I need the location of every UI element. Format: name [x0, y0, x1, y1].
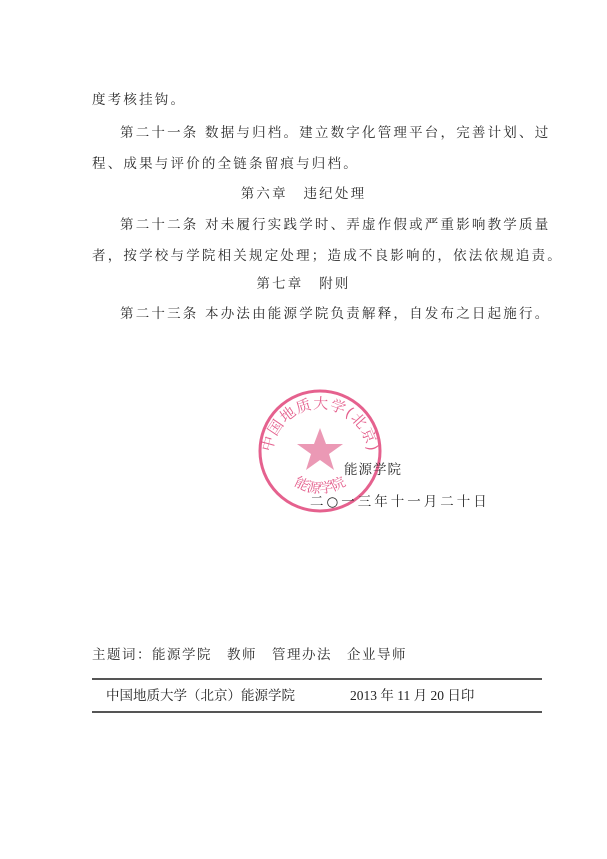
issue-date: 二○一三年十一月二十日 — [310, 490, 490, 510]
keywords: 主题词：能源学院 教师 管理办法 企业导师 — [92, 643, 407, 663]
article-22-line-2: 者，按学校与学院相关规定处理；造成不良影响的，依法依规追责。 — [92, 244, 563, 264]
article-21-line-1: 第二十一条 数据与归档。建立数字化管理平台，完善计划、过 — [120, 121, 550, 141]
article-22-line-1: 第二十二条 对未履行实践学时、弄虚作假或严重影响教学质量 — [120, 213, 550, 233]
footer-print-date: 2013 年 11 月 20 日印 — [350, 684, 474, 704]
issuer-name: 能源学院 — [344, 458, 402, 478]
footer-org: 中国地质大学（北京）能源学院 — [106, 684, 295, 704]
paragraph-continuation: 度考核挂钩。 — [92, 88, 186, 108]
article-23: 第二十三条 本办法由能源学院负责解释，自发布之日起施行。 — [120, 302, 550, 322]
chapter-7-heading: 第七章 附则 — [0, 272, 607, 292]
footer-bottom-rule — [92, 711, 542, 713]
footer-top-rule — [92, 678, 542, 680]
chapter-6-heading: 第六章 违纪处理 — [0, 182, 607, 202]
article-21-line-2: 程、成果与评价的全链条留痕与归档。 — [92, 152, 359, 172]
